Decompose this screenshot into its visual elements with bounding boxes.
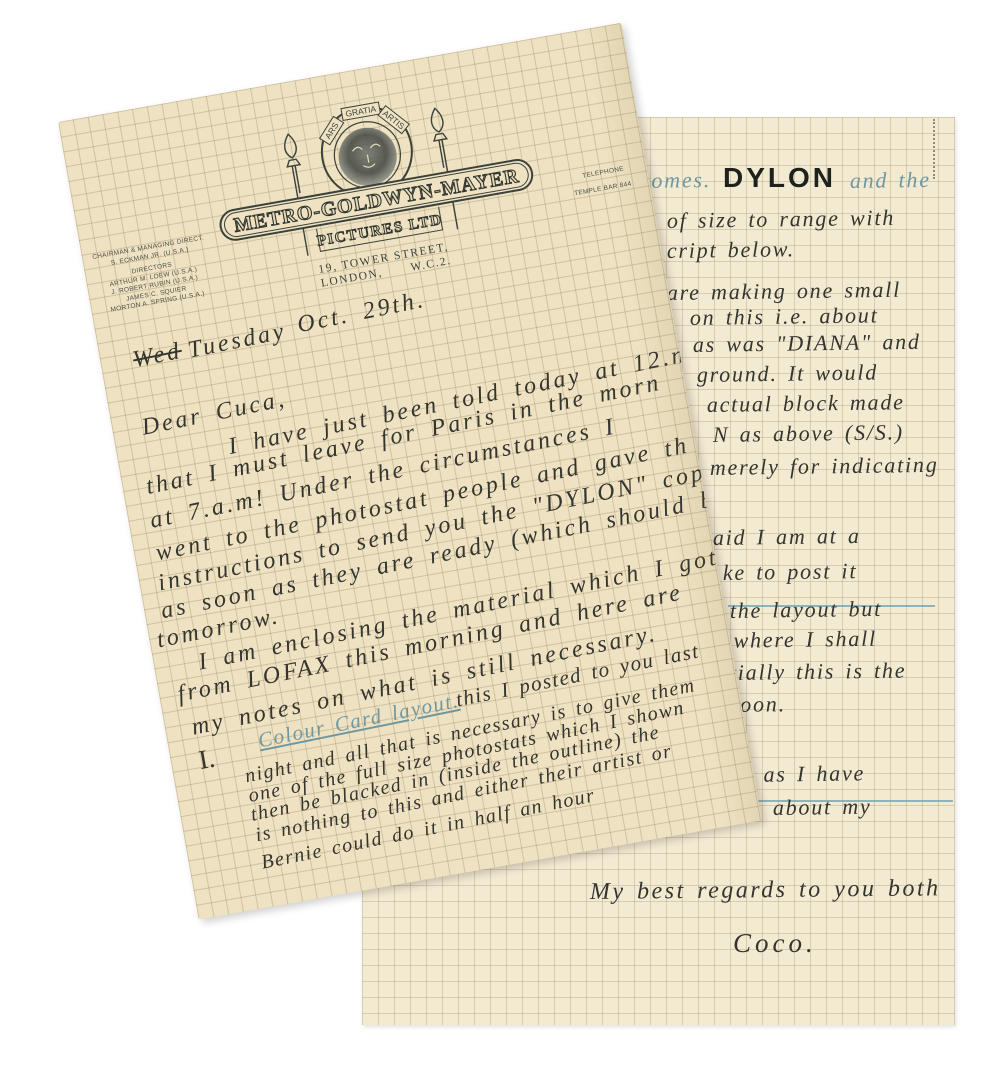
- page2-line: about my: [773, 796, 872, 819]
- torch-icon-left: [282, 133, 316, 256]
- page2-line: tially this is the: [730, 660, 907, 684]
- page2-line: r as I have: [743, 762, 866, 786]
- page2-line: merely for indicating: [710, 454, 939, 479]
- page2-line: as was "DIANA" and: [693, 331, 921, 356]
- page2-line: ke to post it: [723, 560, 858, 584]
- signature: Coco.: [733, 930, 817, 957]
- page2-line: ground. It would: [697, 361, 879, 386]
- page2-line: actual block made: [707, 391, 905, 416]
- page2-line: cript below.: [667, 238, 795, 262]
- page2-line: N as above (S/S.): [713, 421, 904, 446]
- item-number: I.: [197, 745, 217, 774]
- perforation-marks: [933, 119, 937, 179]
- page2-line: aid I am at a: [713, 525, 861, 549]
- page2-dylon-heading: DYLON: [723, 164, 836, 192]
- page2-line: r where I shall: [713, 628, 877, 652]
- closing-line: My best regards to you both: [590, 876, 941, 904]
- page2-line: the layout but: [730, 598, 882, 622]
- page2-line: on this i.e. about: [690, 304, 879, 329]
- page2-line-1-post: and the: [850, 169, 931, 192]
- page2-line: are making one small: [667, 279, 902, 304]
- page2-line: of size to range with: [667, 207, 896, 232]
